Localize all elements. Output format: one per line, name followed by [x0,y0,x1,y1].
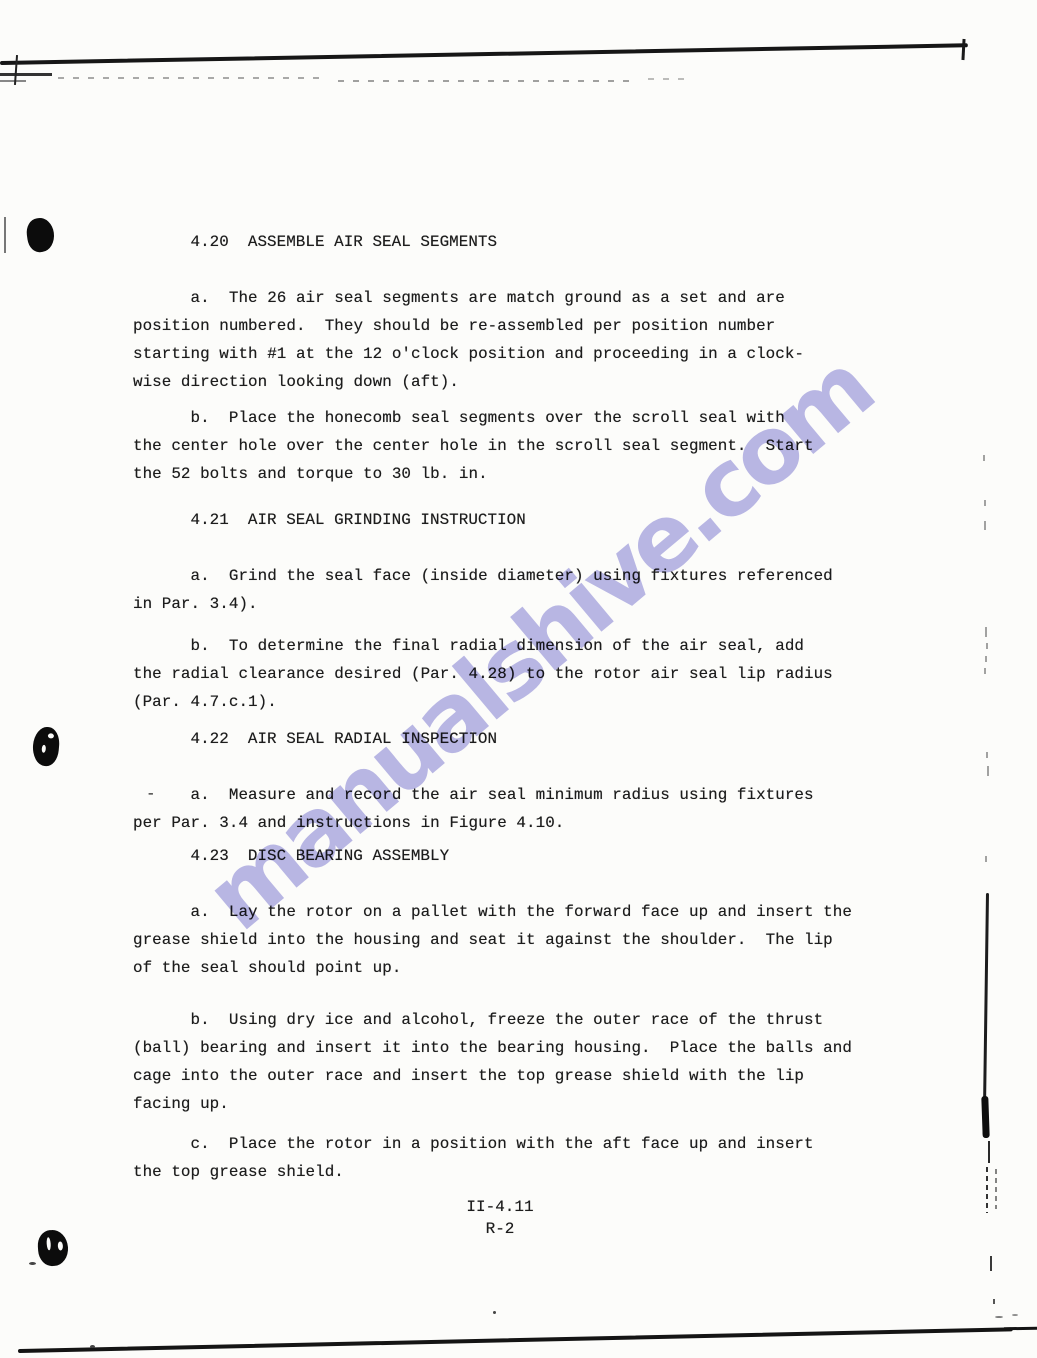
edge-tick [986,752,988,758]
faint-dashed-line [338,80,633,82]
paragraph: a. The 26 air seal segments are match gr… [133,284,933,396]
right-edge-tick [990,1256,992,1271]
edge-tick [985,627,987,637]
right-edge-fragment [986,1167,988,1213]
top-rule-end-tick [961,39,965,60]
section-title: ASSEMBLE AIR SEAL SEGMENTS [248,233,497,251]
section-title: AIR SEAL GRINDING INSTRUCTION [248,511,526,529]
section-number: 4.22 [191,730,229,748]
paragraph: b. Place the honecomb seal segments over… [133,404,933,488]
ink-blot [25,216,56,253]
section-4-23: 4.23DISC BEARING ASSEMBLY a. Lay the rot… [133,814,933,1186]
section-number: 4.20 [191,233,229,251]
bottom-rule-stub [1004,1327,1037,1331]
left-margin-line [4,217,6,253]
edge-tick [984,668,986,674]
section-heading: 4.21AIR SEAL GRINDING INSTRUCTION [133,478,933,562]
right-edge-dot [993,1299,995,1304]
section-title: DISC BEARING ASSEMBLY [248,847,449,865]
stray-dash-mark: - [146,786,156,802]
section-heading: 4.22AIR SEAL RADIAL INSPECTION [133,697,933,781]
paragraph: a. Grind the seal face (inside diameter)… [133,562,933,618]
section-heading: 4.23DISC BEARING ASSEMBLY [133,814,933,898]
footer-page-ref: II-4.11 [410,1196,590,1218]
top-rule-fragment [0,80,26,82]
top-rule-fragment [0,73,52,76]
section-number: 4.23 [191,847,229,865]
right-edge-fragment [995,1169,997,1209]
section-heading: 4.20ASSEMBLE AIR SEAL SEGMENTS [133,200,933,284]
section-title: AIR SEAL RADIAL INSPECTION [248,730,497,748]
faint-dashed-line [648,78,693,80]
ink-speck [493,1311,496,1314]
paragraph: c. Place the rotor in a position with th… [133,1130,933,1186]
top-rule-line [0,43,968,65]
section-4-21: 4.21AIR SEAL GRINDING INSTRUCTION a. Gri… [133,478,933,716]
edge-tick [985,856,987,862]
footer-revision: R-2 [410,1218,590,1240]
right-edge-fragment [988,1141,990,1163]
faint-dashed-line [58,77,323,79]
section-number: 4.21 [191,511,229,529]
ink-blot [37,1229,69,1267]
page-footer: II-4.11 R-2 [410,1196,590,1240]
bottom-rule-line [18,1327,1013,1353]
ink-blot [31,726,60,767]
edge-tick [983,455,985,461]
ink-speck [1012,1314,1018,1316]
edge-tick [984,500,986,506]
ink-speck [29,1262,36,1265]
ink-speck [995,1316,1003,1318]
right-edge-blot [981,1096,989,1138]
section-4-20: 4.20ASSEMBLE AIR SEAL SEGMENTS a. The 26… [133,200,933,488]
paragraph: a. Lay the rotor on a pallet with the fo… [133,898,933,982]
ink-speck [90,1345,95,1348]
edge-tick [986,643,988,649]
edge-tick [987,766,989,776]
edge-tick [985,656,987,662]
scanned-manual-page: 4.20ASSEMBLE AIR SEAL SEGMENTS a. The 26… [0,0,1037,1358]
paragraph: b. Using dry ice and alcohol, freeze the… [133,1006,933,1118]
edge-tick [984,521,986,530]
